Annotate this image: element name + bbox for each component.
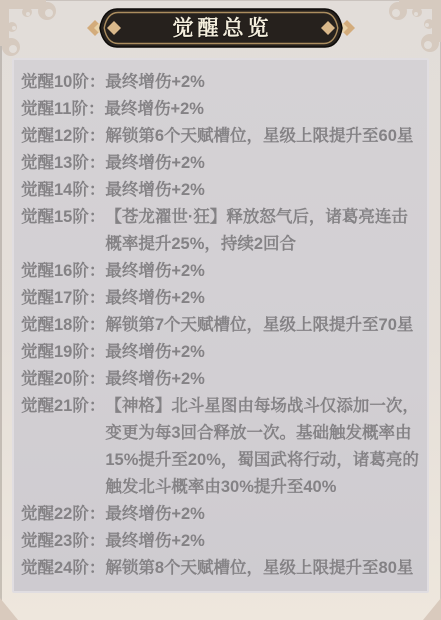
entry-desc: 最终增伤+2%	[105, 285, 420, 312]
entry-label: 觉醒16阶：	[21, 258, 105, 285]
entry-desc: 最终增伤+2%	[105, 258, 420, 285]
awakening-panel: 觉醒10阶： 最终增伤+2% 觉醒11阶： 最终增伤+2% 觉醒12阶： 解锁第…	[12, 58, 429, 593]
awakening-entry: 觉醒15阶： 【苍龙濯世·狂】释放怒气后，诸葛亮连击概率提升25%，持续2回合	[21, 204, 420, 258]
awakening-entry: 觉醒21阶： 【神格】北斗星图由每场战斗仅添加一次，变更为每3回合释放一次。基础…	[21, 393, 420, 501]
entry-label: 觉醒14阶：	[21, 177, 105, 204]
awakening-entry: 觉醒23阶： 最终增伤+2%	[21, 528, 420, 555]
cloud-decoration-top-right-icon	[373, 0, 441, 56]
cloud-decoration-bottom-right-icon	[423, 598, 441, 620]
awakening-overview-popup: 觉醒总览 觉醒10阶： 最终增伤+2% 觉醒11阶： 最终增伤+2% 觉醒12阶…	[0, 0, 441, 620]
page-title: 觉醒总览	[87, 7, 355, 47]
awakening-list: 觉醒10阶： 最终增伤+2% 觉醒11阶： 最终增伤+2% 觉醒12阶： 解锁第…	[21, 69, 420, 582]
awakening-entry: 觉醒17阶： 最终增伤+2%	[21, 285, 420, 312]
entry-desc: 【苍龙濯世·狂】释放怒气后，诸葛亮连击概率提升25%，持续2回合	[105, 204, 420, 258]
awakening-entry: 觉醒20阶： 最终增伤+2%	[21, 366, 420, 393]
awakening-entry: 觉醒16阶： 最终增伤+2%	[21, 258, 420, 285]
entry-desc: 最终增伤+2%	[105, 501, 420, 528]
entry-label: 觉醒13阶：	[21, 150, 105, 177]
entry-desc: 最终增伤+2%	[105, 528, 420, 555]
entry-desc: 最终增伤+2%	[105, 150, 420, 177]
awakening-entry: 觉醒24阶： 解锁第8个天赋槽位，星级上限提升至80星	[21, 555, 420, 582]
entry-desc: 解锁第7个天赋槽位，星级上限提升至70星	[105, 312, 420, 339]
entry-desc: 最终增伤+2%	[104, 96, 420, 123]
awakening-entry: 觉醒19阶： 最终增伤+2%	[21, 339, 420, 366]
entry-label: 觉醒19阶：	[21, 339, 105, 366]
entry-label: 觉醒20阶：	[21, 366, 105, 393]
entry-label: 觉醒18阶：	[21, 312, 105, 339]
entry-desc: 最终增伤+2%	[105, 366, 420, 393]
awakening-entry: 觉醒18阶： 解锁第7个天赋槽位，星级上限提升至70星	[21, 312, 420, 339]
awakening-entry: 觉醒14阶： 最终增伤+2%	[21, 177, 420, 204]
entry-label: 觉醒24阶：	[21, 555, 105, 582]
entry-desc: 最终增伤+2%	[105, 339, 420, 366]
entry-label: 觉醒10阶：	[21, 69, 105, 96]
cloud-decoration-top-left-icon	[0, 0, 78, 60]
entry-desc: 最终增伤+2%	[105, 69, 420, 96]
entry-label: 觉醒22阶：	[21, 501, 105, 528]
entry-desc: 解锁第6个天赋槽位，星级上限提升至60星	[105, 123, 420, 150]
awakening-entry: 觉醒11阶： 最终增伤+2%	[21, 96, 420, 123]
awakening-entry: 觉醒22阶： 最终增伤+2%	[21, 501, 420, 528]
entry-desc: 【神格】北斗星图由每场战斗仅添加一次，变更为每3回合释放一次。基础触发概率由15…	[105, 393, 420, 501]
entry-label: 觉醒17阶：	[21, 285, 105, 312]
entry-label: 觉醒11阶：	[21, 96, 104, 123]
awakening-entry: 觉醒13阶： 最终增伤+2%	[21, 150, 420, 177]
entry-label: 觉醒12阶：	[21, 123, 105, 150]
cloud-decoration-bottom-left-icon	[0, 598, 18, 620]
entry-label: 觉醒21阶：	[21, 393, 105, 420]
awakening-entry: 觉醒10阶： 最终增伤+2%	[21, 69, 420, 96]
awakening-entry: 觉醒12阶： 解锁第6个天赋槽位，星级上限提升至60星	[21, 123, 420, 150]
title-banner: 觉醒总览	[87, 7, 355, 49]
entry-label: 觉醒23阶：	[21, 528, 105, 555]
entry-label: 觉醒15阶：	[21, 204, 105, 231]
entry-desc: 最终增伤+2%	[105, 177, 420, 204]
entry-desc: 解锁第8个天赋槽位，星级上限提升至80星	[105, 555, 420, 582]
